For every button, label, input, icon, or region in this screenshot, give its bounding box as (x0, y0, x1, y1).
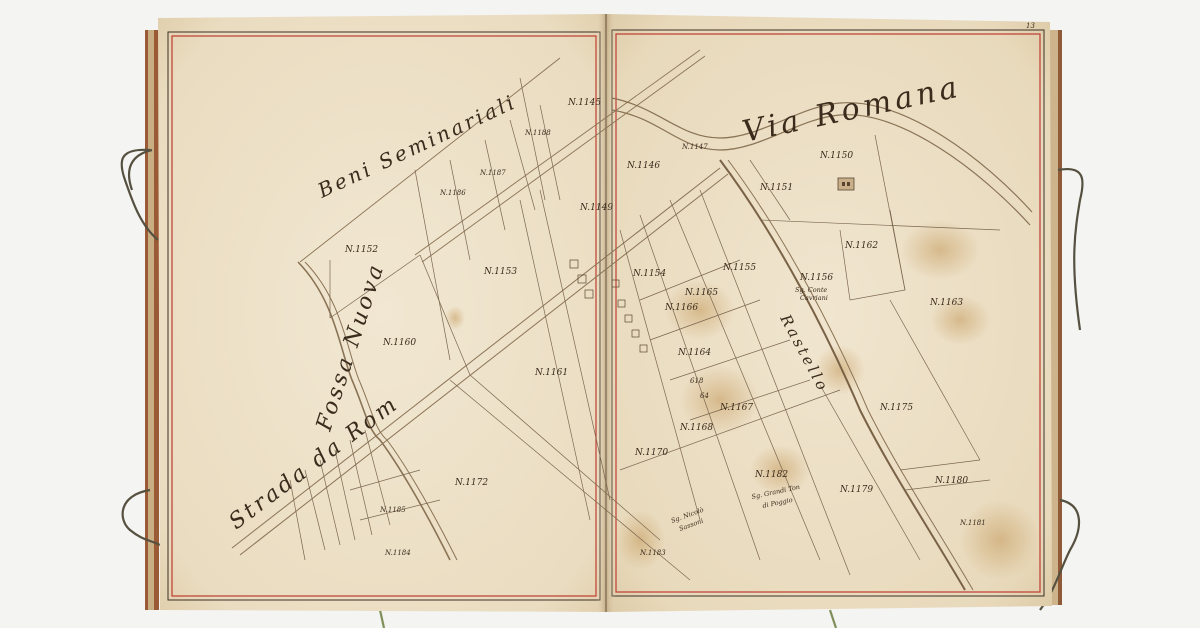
small-number: 64 (700, 392, 709, 400)
parcel-label: N.1168 (679, 423, 713, 433)
parcel-label: N.1184 (384, 549, 411, 557)
parcel-label: N.1146 (626, 161, 660, 171)
parcel-label: N.1188 (524, 129, 551, 137)
parcel-label: N.1185 (379, 506, 406, 514)
parcel-label: N.1162 (844, 241, 878, 251)
parcel-label: N.1150 (819, 151, 853, 161)
parcel-label: N.1160 (382, 338, 416, 348)
parcel-label: N.1183 (639, 549, 666, 557)
map-photograph: Via Romana Strada da Rom Fossa Nuova Ras… (0, 0, 1200, 628)
parcel-label: N.1180 (934, 476, 968, 486)
parcel-label: N.1186 (439, 189, 466, 197)
parcel-label: N.1152 (344, 245, 378, 255)
parcel-label: N.1153 (483, 267, 517, 277)
parcel-label: N.1179 (839, 485, 873, 495)
parcel-label: N.1145 (567, 98, 601, 108)
parcel-label: N.1155 (722, 263, 756, 273)
parcel-label: N.1167 (719, 403, 753, 413)
parcel-label: N.1166 (664, 303, 698, 313)
parcel-label: N.1182 (754, 470, 788, 480)
parcel-label: N.1161 (534, 368, 568, 378)
parcel-label: N.1187 (479, 169, 506, 177)
parcel-label: N.1170 (634, 448, 668, 458)
parcel-label: N.1149 (579, 203, 613, 213)
parcel-label: N.1165 (684, 288, 718, 298)
owner-label-1b: Cavriani (800, 294, 828, 302)
small-number: 618 (690, 377, 704, 385)
page-number: 13 (1026, 22, 1035, 30)
parcel-label: N.1151 (759, 183, 793, 193)
parcel-label: N.1163 (929, 298, 963, 308)
parcel-label: N.1164 (677, 348, 711, 358)
owner-label-1: Sg. Conte (795, 286, 827, 294)
parcel-label: N.1147 (681, 143, 708, 151)
parcel-label: N.1175 (879, 403, 913, 413)
house-icon (838, 178, 854, 190)
parcel-label: N.1154 (632, 269, 666, 279)
parcel-label: N.1172 (454, 478, 488, 488)
left-page (158, 14, 610, 612)
parcel-label: N.1181 (959, 519, 986, 527)
parcel-label: N.1156 (799, 273, 833, 283)
